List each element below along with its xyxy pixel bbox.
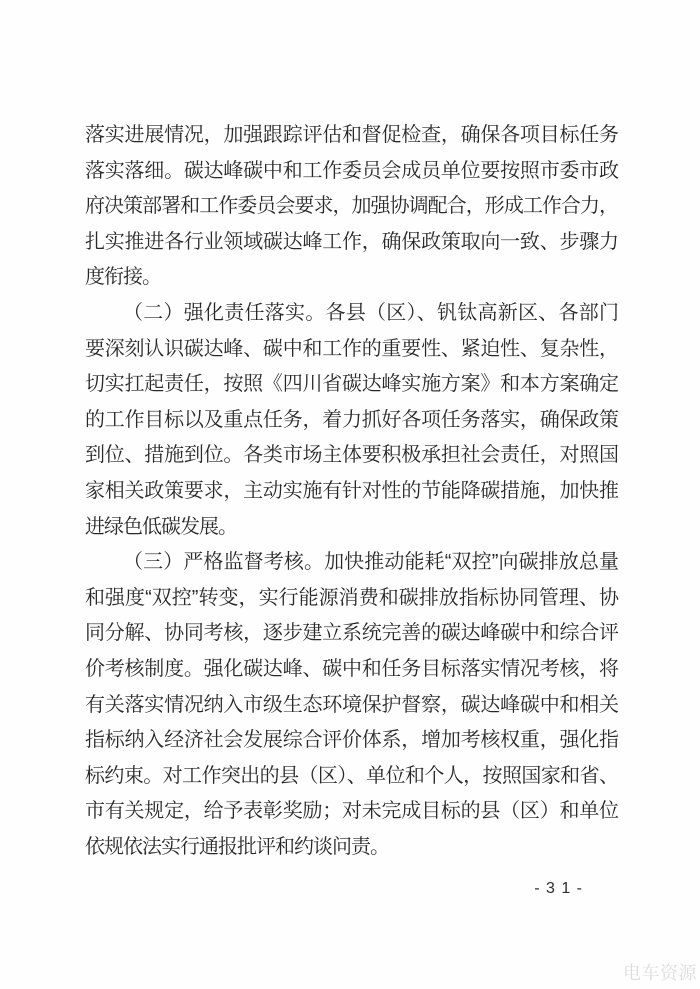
text-line: 度衔接。 [85,260,618,296]
text-line: 扎实推进各行业领域碳达峰工作，确保政策取向一致、步骤力 [85,225,618,261]
text-line-section-heading: （三）严格监督考核。加快推动能耗“双控”向碳排放总量 [85,545,618,581]
page-number: - 3 1 - [534,880,583,898]
text-line: 落实进展情况，加强跟踪评估和督促检查，确保各项目标任务 [85,118,618,154]
text-line: 市有关规定，给予表彰奖励；对未完成目标的县（区）和单位 [85,794,618,830]
text-line: 依规依法实行通报批评和约谈问责。 [85,830,618,866]
text-line: 落实落细。碳达峰碳中和工作委员会成员单位要按照市委市政 [85,154,618,190]
document-page: 落实进展情况，加强跟踪评估和督促检查，确保各项目标任务 落实落细。碳达峰碳中和工… [0,0,700,989]
document-body: 落实进展情况，加强跟踪评估和督促检查，确保各项目标任务 落实落细。碳达峰碳中和工… [85,118,618,865]
watermark: 电车资源 [623,959,697,985]
text-line: 家相关政策要求，主动实施有针对性的节能降碳措施，加快推 [85,474,618,510]
text-line: 府决策部署和工作委员会要求，加强协调配合，形成工作合力， [85,189,618,225]
text-line: 有关落实情况纳入市级生态环境保护督察，碳达峰碳中和相关 [85,688,618,724]
text-line: 价考核制度。强化碳达峰、碳中和任务目标落实情况考核，将 [85,652,618,688]
text-line: 的工作目标以及重点任务，着力抓好各项任务落实，确保政策 [85,403,618,439]
text-line: 切实扛起责任，按照《四川省碳达峰实施方案》和本方案确定 [85,367,618,403]
text-line: 和强度“双控”转变，实行能源消费和碳排放指标协同管理、协 [85,581,618,617]
text-line: 进绿色低碳发展。 [85,510,618,546]
text-line: 到位、措施到位。各类市场主体要积极承担社会责任，对照国 [85,438,618,474]
text-line: 要深刻认识碳达峰、碳中和工作的重要性、紧迫性、复杂性， [85,332,618,368]
text-line: 同分解、协同考核，逐步建立系统完善的碳达峰碳中和综合评 [85,616,618,652]
text-line: 指标纳入经济社会发展综合评价体系，增加考核权重，强化指 [85,723,618,759]
text-line-section-heading: （二）强化责任落实。各县（区）、钒钛高新区、各部门 [85,296,618,332]
text-line: 标约束。对工作突出的县（区）、单位和个人，按照国家和省、 [85,759,618,795]
